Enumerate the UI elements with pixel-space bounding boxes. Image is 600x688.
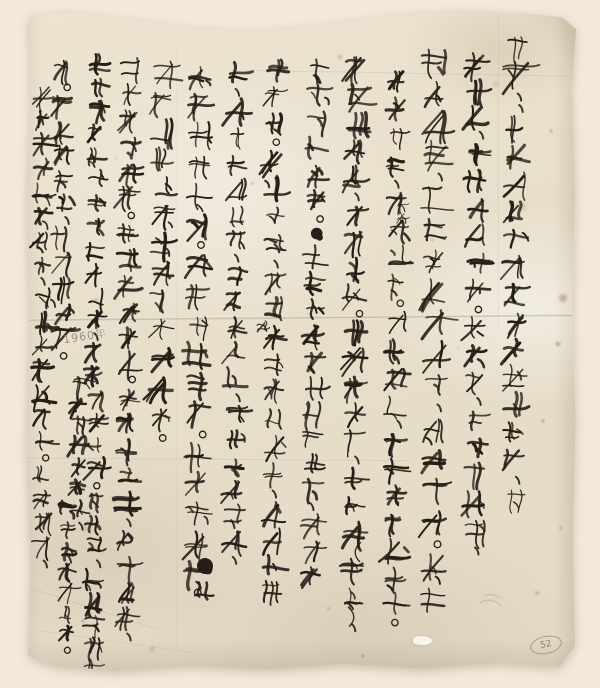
letter-column: 最近他来信、说好些哩。以前有一时、他生病(胃疾)、 bbox=[340, 57, 376, 631]
letter-column: 朱先生之錶已修好、完全同新的一样。我很高兴、 bbox=[30, 87, 59, 567]
letter-column: 常不劳家照顾。■此大有此种不合理情况、似未敢 bbox=[301, 60, 332, 588]
letter-column: 他们来言院长薪俸尚未批准、至今仍无消息。有人说、是不能不受 bbox=[83, 54, 111, 672]
letter-column: 案子甚要好了。此人古道可风。瑞年□好客。 bbox=[183, 67, 214, 596]
ink-blot-correction: 我 bbox=[195, 558, 213, 599]
letter-paper-wrap: 新枚、、你们苏先生来信谢我不赠書扇、其信附去、你看后不要了。另一扇、你便寄送去、… bbox=[25, 8, 576, 672]
letter-column: 相信也。据荔君说、国庆节他去找草婴、下午即去 bbox=[260, 60, 290, 605]
interlinear-insertion: 他 bbox=[257, 321, 270, 332]
letter-column: 信附去、你看后不要了。另一扇、你便寄送去、 bbox=[461, 53, 493, 554]
letter-column: 嘱任上言、你枚迫来重要事、想谋其忙。荻君 bbox=[419, 50, 458, 613]
letter-column: 新枚、、你们苏先生来信谢我不赠書扇、其 bbox=[501, 37, 540, 513]
letter-column: 世常已寄信邮送去西湖给他们。 bbox=[144, 62, 183, 442]
letter-column: 的。但即使受了、我也不去么。 bbox=[51, 61, 79, 359]
letter-column: 写诗以送廣洽师。 bbox=[58, 501, 81, 654]
page-number: 52 bbox=[539, 639, 552, 651]
letter-paper: 新枚、、你们苏先生来信谢我不赠書扇、其信附去、你看后不要了。另一扇、你便寄送去、… bbox=[25, 8, 576, 672]
pencil-scribble bbox=[480, 595, 502, 606]
photo-frame: 新枚、、你们苏先生来信谢我不赠書扇、其信附去、你看后不要了。另一扇、你便寄送去、… bbox=[0, 0, 600, 688]
letter-column: 家中一切如旧。杭州决心不去。画院难得去、你回家时、 bbox=[114, 58, 144, 641]
letter-column: 了、他说明要回家、希留他宿夜、并招待他饮食、 bbox=[221, 63, 253, 564]
letter-column: 不知何故、不复信任。时多苦闷、此实不始料所及。 bbox=[379, 72, 413, 626]
